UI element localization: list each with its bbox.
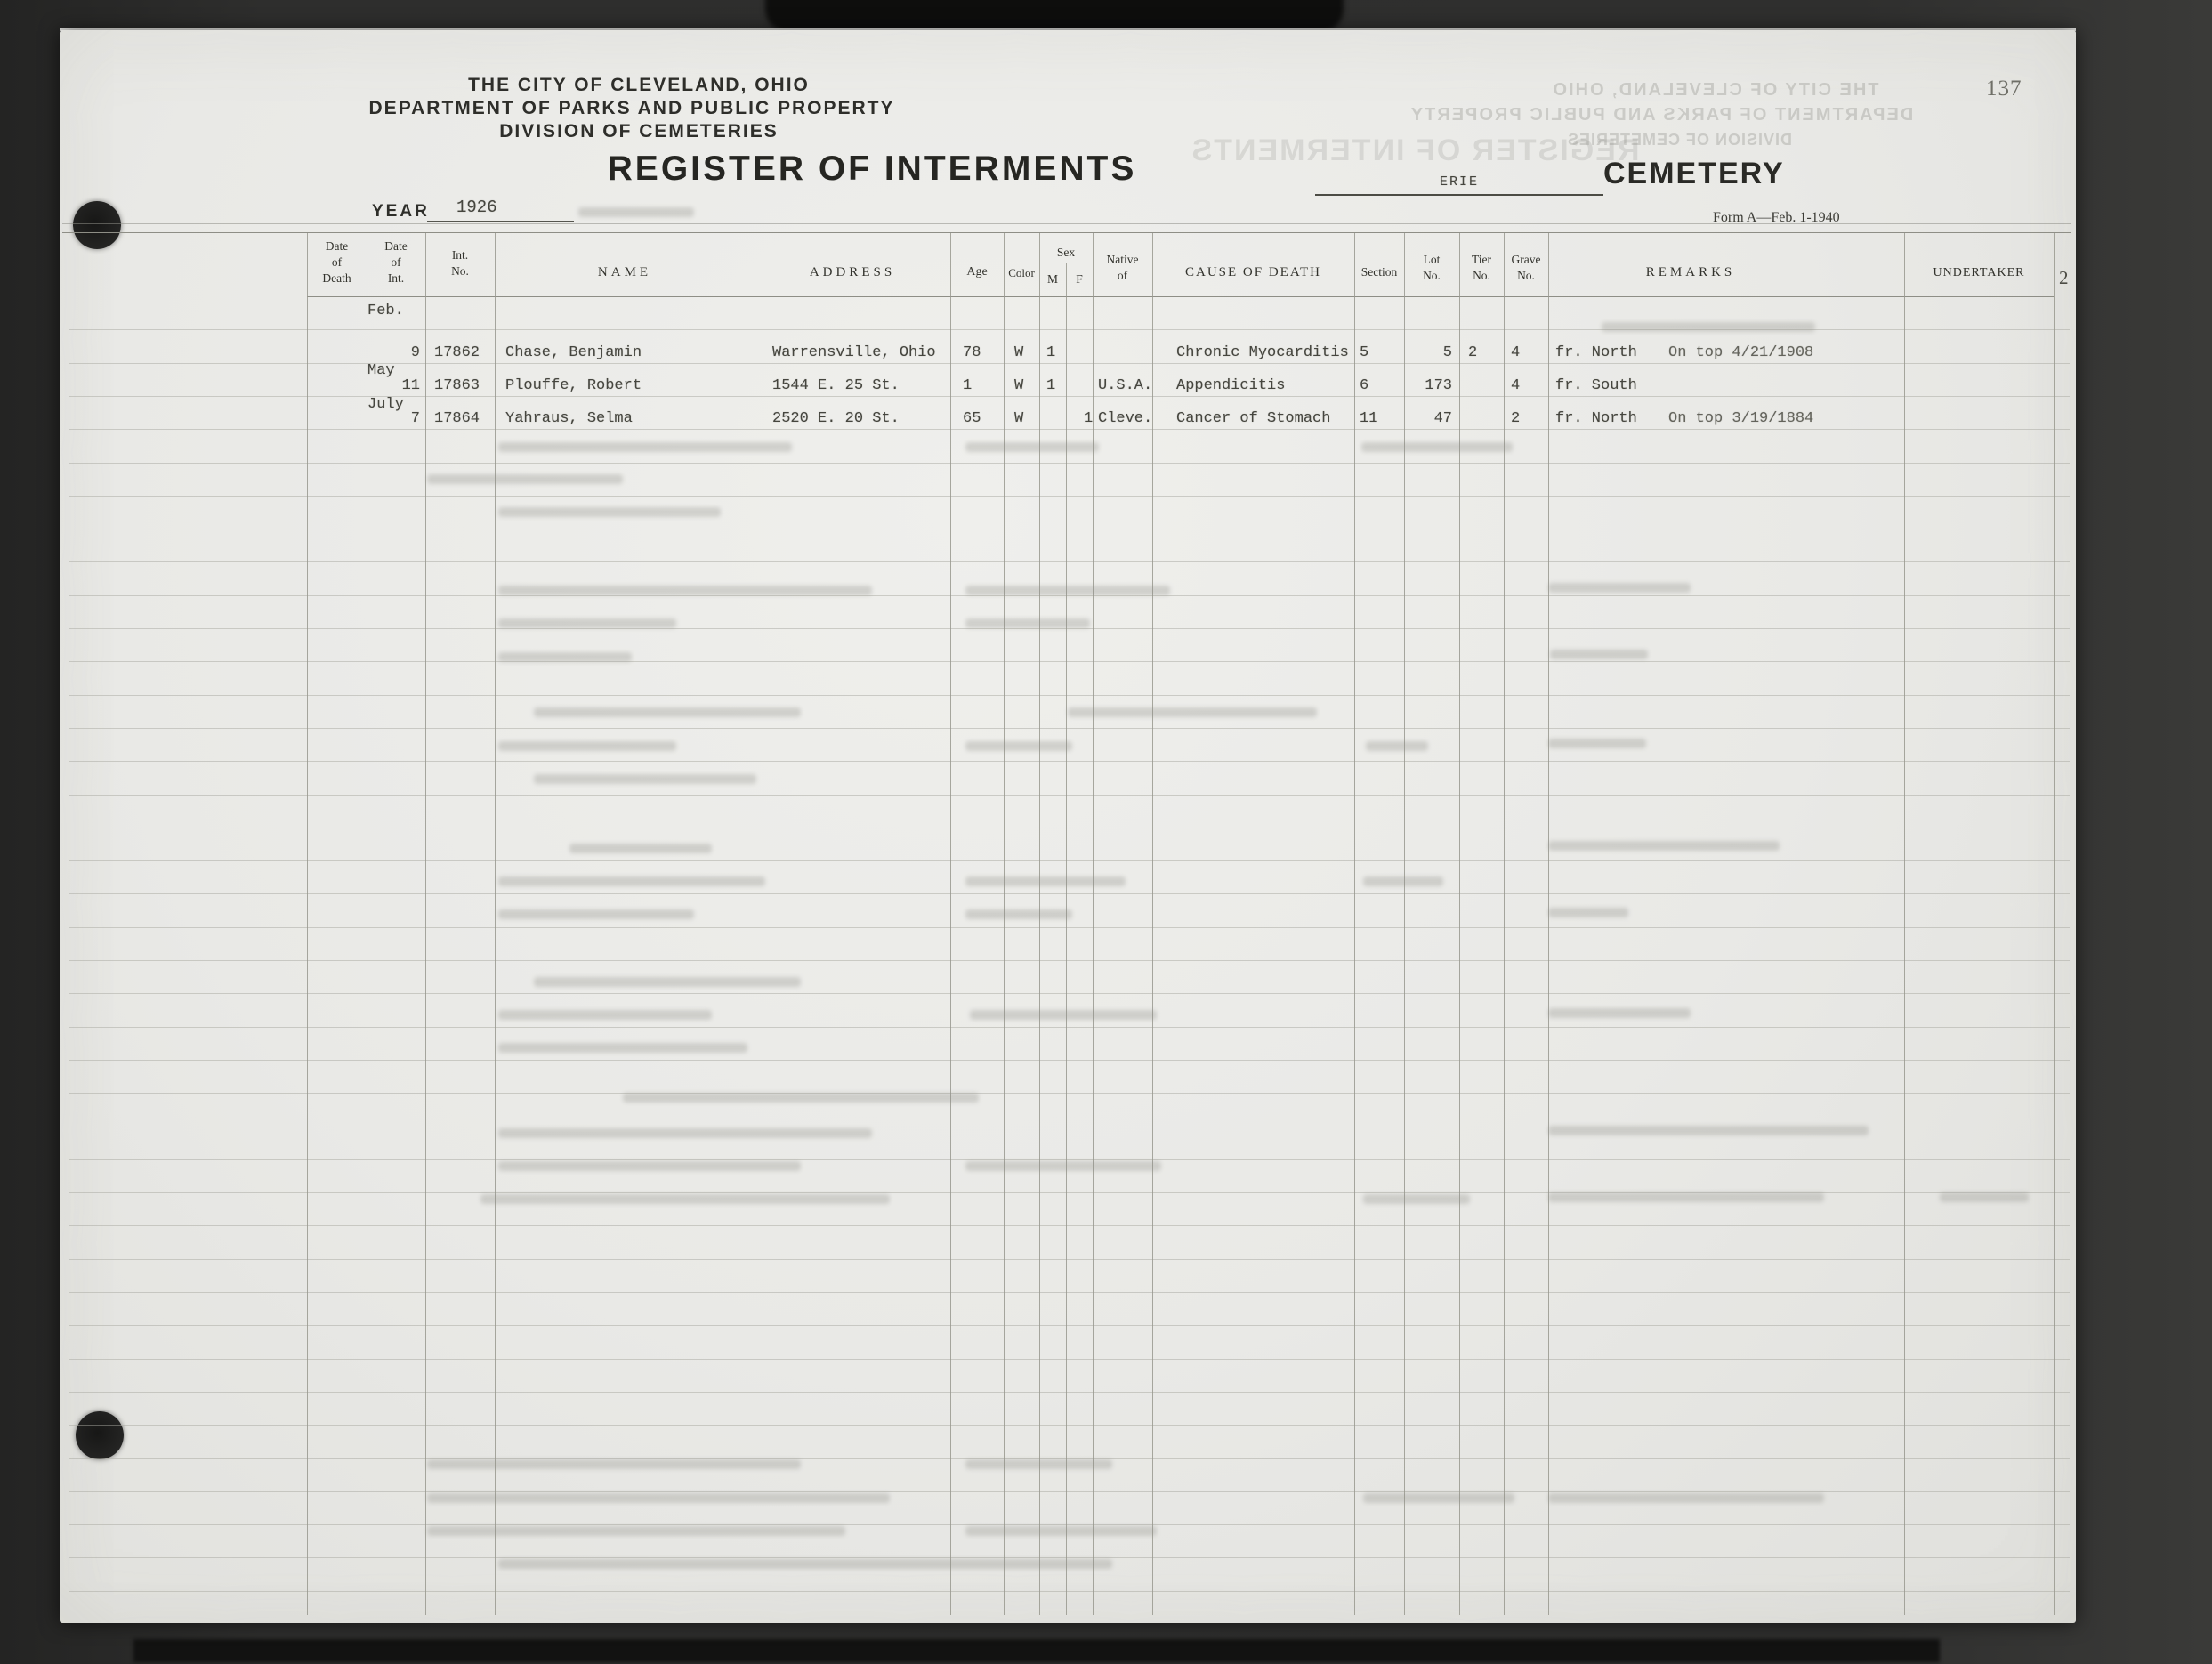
cell-lot-no: 173 [1418, 378, 1452, 393]
table-rule [69, 529, 2070, 529]
table-rule [69, 695, 2070, 696]
org-line3: DIVISION OF CEMETERIES [301, 121, 977, 142]
cell-remark-note: On top 3/19/1884 [1668, 411, 1813, 426]
table-rule [69, 893, 2070, 894]
cell-sex-f: 1 [1084, 411, 1093, 426]
table-rule [69, 429, 2070, 430]
cell-cause-of-death: Cancer of Stomach [1176, 411, 1330, 426]
ghost-smudge [1363, 1194, 1470, 1204]
table-rule [69, 1060, 2070, 1061]
table-rule [69, 628, 2070, 629]
page-number: 137 [1986, 77, 2022, 101]
cemetery-label: CEMETERY [1603, 157, 1785, 191]
table-column-line [1152, 233, 1153, 1615]
col-age: Age [950, 264, 1004, 281]
ghost-smudge [1548, 841, 1780, 851]
table-column-line [950, 233, 951, 1615]
cell-lot-no: 47 [1418, 411, 1452, 426]
cell-grave-no: 4 [1511, 378, 1520, 393]
ghost-smudge [480, 1194, 890, 1204]
ghost-smudge [1602, 322, 1815, 332]
cemetery-underline [1315, 194, 1603, 196]
table-rule [69, 1027, 2070, 1028]
cell-cause-of-death: Chronic Myocarditis [1176, 345, 1349, 360]
col-name: NAME [495, 263, 755, 281]
cell-sex-m: 1 [1046, 378, 1055, 393]
cell-lot-no: 5 [1418, 345, 1452, 360]
table-column-line [1404, 233, 1405, 1615]
cell-sex-m: 1 [1046, 345, 1055, 360]
table-rule [307, 296, 2054, 297]
cell-name: Yahraus, Selma [505, 411, 633, 426]
punch-hole-bottom [76, 1411, 124, 1459]
col-undertaker: UNDERTAKER [1904, 265, 2054, 282]
ghost-smudge [498, 652, 632, 662]
col-color: Color [1004, 265, 1039, 281]
ghost-smudge [498, 618, 676, 628]
cell-day: 11 [397, 378, 420, 393]
ghost-smudge [498, 442, 792, 452]
table-rule [69, 960, 2070, 961]
ghost-smudge [1366, 741, 1428, 751]
table-column-line [307, 233, 308, 1615]
ghost-smudge [569, 844, 712, 853]
table-rule [69, 661, 2070, 662]
ghost-smudge [498, 1043, 747, 1053]
ghost-smudge [1361, 442, 1513, 452]
table-rule [69, 761, 2070, 762]
cell-remark-note: On top 4/21/1908 [1668, 345, 1813, 360]
ghost-smudge [498, 741, 676, 751]
cell-address: Warrensville, Ohio [772, 345, 936, 360]
ghost-smudge [498, 1010, 712, 1020]
cell-month: July [367, 397, 404, 412]
table-column-line [1504, 233, 1505, 1615]
cell-int-no: 17864 [434, 411, 480, 426]
cell-month: Feb. [367, 303, 404, 319]
cemetery-name: ERIE [1317, 174, 1602, 190]
table-rule [62, 232, 2071, 233]
year-value: 1926 [456, 198, 497, 217]
cell-color: W [1014, 378, 1023, 393]
ghost-smudge [1548, 739, 1646, 748]
cell-native-of: Cleve. [1098, 411, 1152, 426]
cell-age: 65 [963, 411, 981, 426]
year-underline [427, 221, 574, 222]
ghost-smudge [965, 876, 1126, 886]
table-column-line [1354, 233, 1355, 1615]
cell-remark-direction: fr. North [1555, 411, 1637, 426]
table-rule [69, 1425, 2070, 1426]
ghost-title: REGISTER OF INTERMENTS [1183, 133, 1646, 168]
sheet-number: 2 [2059, 267, 2069, 289]
table-rule [69, 728, 2070, 729]
table-rule [69, 561, 2070, 562]
ghost-smudge [498, 1128, 872, 1138]
ghost-smudge [427, 1526, 845, 1536]
table-column-line [1548, 233, 1549, 1615]
table-column-line [367, 233, 367, 1615]
ghost-smudge [1550, 650, 1648, 659]
ghost-smudge [1363, 876, 1443, 886]
ghost-smudge [1548, 1192, 1824, 1202]
ghost-smudge [498, 1161, 801, 1171]
table-column-line [1066, 263, 1067, 1615]
table-column-line [1004, 233, 1005, 1615]
table-rule [69, 463, 2070, 464]
scanner-background-bottom [133, 1639, 1940, 1662]
col-sex-f: F [1066, 271, 1093, 287]
ghost-smudge [965, 442, 1099, 452]
punch-hole-top [73, 201, 121, 249]
table-rule [69, 795, 2070, 796]
ghost-smudge [1068, 707, 1317, 717]
ghost-smudge [1548, 583, 1691, 593]
table-rule [69, 496, 2070, 497]
table-rule [69, 1093, 2070, 1094]
cell-name: Chase, Benjamin [505, 345, 642, 360]
table-rule [69, 860, 2070, 861]
ghost-smudge [427, 474, 623, 484]
ghost-smudge [1940, 1192, 2029, 1202]
ghost-smudge [427, 1493, 890, 1503]
scanned-register-page: THE CITY OF CLEVELAND, OHIO DEPARTMENT O… [0, 0, 2212, 1664]
ghost-smudge [965, 1161, 1161, 1171]
table-rule [69, 1591, 2070, 1592]
page-title: REGISTER OF INTERMENTS [561, 149, 1183, 189]
table-column-line [1039, 233, 1040, 1615]
cell-age: 1 [963, 378, 972, 393]
col-sex-m: M [1039, 271, 1066, 287]
ghost-smudge [965, 909, 1072, 919]
ghost-smudge [1363, 1493, 1514, 1503]
table-rule [69, 1325, 2070, 1326]
table-rule [62, 223, 2071, 224]
col-date-of-death: Date of Death [307, 238, 367, 287]
ghost-smudge [970, 1010, 1157, 1020]
table-rule [69, 1491, 2070, 1492]
table-column-line [425, 233, 426, 1615]
ghost-smudge [965, 586, 1170, 595]
ghost-smudge [965, 618, 1090, 628]
ghost-smudge [1548, 1493, 1824, 1503]
ghost-smudge [498, 876, 765, 886]
cell-day: 9 [397, 345, 420, 360]
table-rule [69, 828, 2070, 828]
ghost-smudge [427, 1459, 801, 1469]
org-line1: THE CITY OF CLEVELAND, OHIO [301, 75, 977, 96]
cell-grave-no: 4 [1511, 345, 1520, 360]
cell-age: 78 [963, 345, 981, 360]
col-lot-no: Lot No. [1404, 252, 1459, 284]
ghost-smudge [578, 207, 694, 217]
col-date-of-int: Date of Int. [367, 238, 425, 287]
ghost-smudge [965, 741, 1072, 751]
ghost-smudge [965, 1459, 1112, 1469]
col-int-no: Int. No. [425, 247, 495, 279]
cell-section: 5 [1360, 345, 1368, 360]
ghost-smudge [1548, 908, 1628, 917]
ghost-smudge [1548, 1008, 1691, 1018]
ghost-org-line1: THE CITY OF CLEVELAND, OHIO [1513, 80, 1917, 101]
ghost-smudge [534, 774, 756, 784]
col-native-of: Native of [1093, 252, 1152, 284]
ghost-smudge [498, 507, 721, 517]
table-column-line [755, 233, 755, 1615]
cell-section: 6 [1360, 378, 1368, 393]
table-rule [69, 993, 2070, 994]
ghost-smudge [1548, 1126, 1869, 1135]
cell-int-no: 17862 [434, 345, 480, 360]
cell-cause-of-death: Appendicitis [1176, 378, 1285, 393]
col-remarks: REMARKS [1517, 263, 1864, 281]
table-rule [69, 1359, 2070, 1360]
year-label: YEAR [372, 202, 430, 222]
ghost-org-line2: DEPARTMENT OF PARKS AND PUBLIC PROPERTY [1399, 105, 1924, 125]
cell-remark-direction: fr. South [1555, 378, 1637, 393]
table-rule [69, 1524, 2070, 1525]
table-column-line [495, 233, 496, 1615]
col-sex: Sex [1039, 245, 1093, 261]
cell-grave-no: 2 [1511, 411, 1520, 426]
cell-address: 2520 E. 20 St. [772, 411, 900, 426]
scanner-background-top [765, 0, 1344, 32]
cell-int-no: 17863 [434, 378, 480, 393]
cell-color: W [1014, 345, 1023, 360]
col-section: Section [1354, 264, 1404, 280]
ghost-smudge [534, 977, 801, 987]
cell-address: 1544 E. 25 St. [772, 378, 900, 393]
table-rule [69, 927, 2070, 928]
col-address: ADDRESS [755, 263, 950, 281]
col-tier-no: Tier No. [1459, 252, 1504, 284]
ghost-smudge [965, 1526, 1157, 1536]
cell-month: May [367, 363, 395, 378]
col-cause-of-death: CAUSE OF DEATH [1152, 263, 1354, 281]
ghost-smudge [623, 1093, 979, 1103]
cell-day: 7 [397, 411, 420, 426]
table-rule [69, 1259, 2070, 1260]
table-rule [69, 1225, 2070, 1226]
cell-tier-no: 2 [1468, 345, 1477, 360]
table-column-line [1904, 233, 1905, 1615]
cell-name: Plouffe, Robert [505, 378, 642, 393]
table-rule [69, 1292, 2070, 1293]
org-line2: DEPARTMENT OF PARKS AND PUBLIC PROPERTY [294, 98, 970, 119]
cell-remark-direction: fr. North [1555, 345, 1637, 360]
ghost-smudge [498, 909, 694, 919]
table-column-line [1459, 233, 1460, 1615]
table-column-line [1093, 233, 1094, 1615]
cell-section: 11 [1360, 411, 1377, 426]
ghost-smudge [534, 707, 801, 717]
table-rule [69, 1392, 2070, 1393]
table-column-line [2054, 233, 2055, 1615]
cell-native-of: U.S.A. [1098, 378, 1152, 393]
cell-color: W [1014, 411, 1023, 426]
table-rule [69, 1159, 2070, 1160]
ghost-smudge [498, 1559, 1112, 1569]
ghost-smudge [498, 586, 872, 595]
